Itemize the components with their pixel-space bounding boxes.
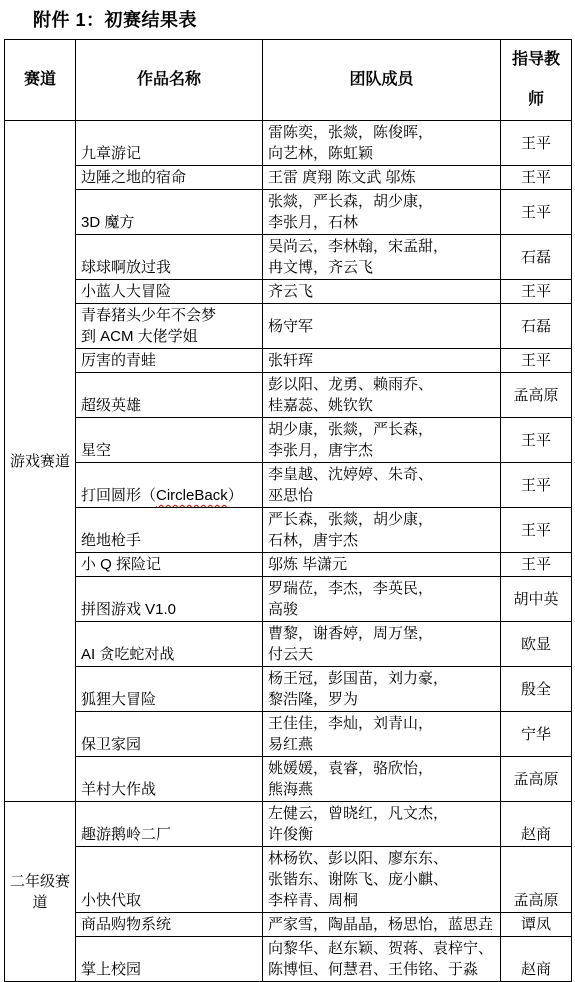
table-row: 边陲之地的宿命王雷 庹翔 陈文武 邬炼王平 — [5, 166, 572, 190]
teacher-cell: 赵商 — [501, 802, 572, 847]
team-members-cell: 曹黎，谢香婷，周万堡， 付云天 — [263, 622, 501, 667]
header-work-name: 作品名称 — [76, 40, 263, 121]
document-title: 附件 1：初赛结果表 — [33, 6, 575, 32]
work-name-cell: 小快代取 — [76, 847, 263, 913]
teacher-cell: 王平 — [501, 463, 572, 508]
table-row: 小 Q 探险记邬炼 毕潇元王平 — [5, 553, 572, 577]
teacher-cell: 石磊 — [501, 304, 572, 349]
team-members-cell: 张燚，严长森，胡少康， 李张月，石林 — [263, 190, 501, 235]
team-members-cell: 吴尚云，李林翰，宋孟甜， 冉文博，齐云飞 — [263, 235, 501, 280]
work-name-cell: 青春猪头少年不会梦 到 ACM 大佬学姐 — [76, 304, 263, 349]
team-members-cell: 杨王冠，彭国苗，刘力豪， 黎浩隆，罗为 — [263, 667, 501, 712]
table-row: 青春猪头少年不会梦 到 ACM 大佬学姐杨守军石磊 — [5, 304, 572, 349]
team-members-cell: 向黎华、赵东颖、贺蒋、袁梓宁、 陈博恒、何慧君、王伟铭、于淼 — [263, 937, 501, 982]
work-name-cell: 小蓝人大冒险 — [76, 280, 263, 304]
work-name-cell: 掌上校园 — [76, 937, 263, 982]
teacher-cell: 胡中英 — [501, 577, 572, 622]
table-row: 打回圆形（CircleBack）李皇越、沈婷婷、朱奇、 巫思怡王平 — [5, 463, 572, 508]
table-row: 二年级赛道趣游鹅岭二厂左健云，曾晓红，凡文杰， 许俊衡赵商 — [5, 802, 572, 847]
work-name-cell: 商品购物系统 — [76, 913, 263, 937]
team-members-cell: 王佳佳，李灿，刘青山， 易红燕 — [263, 712, 501, 757]
team-members-cell: 林杨钦、彭以阳、廖东东、 张锴东、谢陈飞、庞小麒、 李梓青、周桐 — [263, 847, 501, 913]
work-name-cell: 边陲之地的宿命 — [76, 166, 263, 190]
work-name-cell: 羊村大作战 — [76, 757, 263, 802]
table-row: 羊村大作战姚媛媛，袁睿，骆欣怡， 熊海燕孟高原 — [5, 757, 572, 802]
teacher-cell: 孟高原 — [501, 847, 572, 913]
work-name-cell: 球球啊放过我 — [76, 235, 263, 280]
spellcheck-underline: CircleBack — [156, 487, 228, 504]
header-team-members: 团队成员 — [263, 40, 501, 121]
teacher-cell: 宁华 — [501, 712, 572, 757]
teacher-cell: 王平 — [501, 280, 572, 304]
table-row: 星空胡少康，张燚，严长森， 李张月，唐宇杰王平 — [5, 418, 572, 463]
team-members-cell: 严家雪，陶晶晶，杨思怡，蓝思垚 — [263, 913, 501, 937]
team-members-cell: 左健云，曾晓红，凡文杰， 许俊衡 — [263, 802, 501, 847]
header-row: 赛道 作品名称 团队成员 指导教师 — [5, 40, 572, 121]
work-name-cell: 超级英雄 — [76, 373, 263, 418]
teacher-cell: 赵商 — [501, 937, 572, 982]
work-name-cell: AI 贪吃蛇对战 — [76, 622, 263, 667]
teacher-cell: 王平 — [501, 553, 572, 577]
table-row: AI 贪吃蛇对战曹黎，谢香婷，周万堡， 付云天欧显 — [5, 622, 572, 667]
team-members-cell: 胡少康，张燚，严长森， 李张月，唐宇杰 — [263, 418, 501, 463]
work-name-cell: 小 Q 探险记 — [76, 553, 263, 577]
table-row: 掌上校园向黎华、赵东颖、贺蒋、袁梓宁、 陈博恒、何慧君、王伟铭、于淼赵商 — [5, 937, 572, 982]
header-track: 赛道 — [5, 40, 76, 121]
table-row: 保卫家园王佳佳，李灿，刘青山， 易红燕宁华 — [5, 712, 572, 757]
table-row: 狐狸大冒险杨王冠，彭国苗，刘力豪， 黎浩隆，罗为殷全 — [5, 667, 572, 712]
work-name-cell: 厉害的青蛙 — [76, 349, 263, 373]
work-name-cell: 3D 魔方 — [76, 190, 263, 235]
team-members-cell: 严长森，张燚，胡少康， 石林，唐宇杰 — [263, 508, 501, 553]
table-row: 超级英雄彭以阳、龙勇、赖雨乔、 桂嘉蕊、姚钦钦孟高原 — [5, 373, 572, 418]
teacher-cell: 孟高原 — [501, 757, 572, 802]
teacher-cell: 谭凤 — [501, 913, 572, 937]
team-members-cell: 王雷 庹翔 陈文武 邬炼 — [263, 166, 501, 190]
team-members-cell: 彭以阳、龙勇、赖雨乔、 桂嘉蕊、姚钦钦 — [263, 373, 501, 418]
teacher-cell: 殷全 — [501, 667, 572, 712]
table-row: 小快代取林杨钦、彭以阳、廖东东、 张锴东、谢陈飞、庞小麒、 李梓青、周桐孟高原 — [5, 847, 572, 913]
teacher-cell: 王平 — [501, 418, 572, 463]
team-members-cell: 姚媛媛，袁睿，骆欣怡， 熊海燕 — [263, 757, 501, 802]
work-name-cell: 九章游记 — [76, 121, 263, 166]
table-row: 球球啊放过我吴尚云，李林翰，宋孟甜， 冉文博，齐云飞石磊 — [5, 235, 572, 280]
teacher-cell: 王平 — [501, 121, 572, 166]
teacher-cell: 王平 — [501, 166, 572, 190]
teacher-cell: 王平 — [501, 508, 572, 553]
work-name-cell: 星空 — [76, 418, 263, 463]
document-page: 附件 1：初赛结果表 赛道 作品名称 团队成员 指导教师 游戏赛道九章游记雷陈奕… — [0, 6, 575, 982]
team-members-cell: 齐云飞 — [263, 280, 501, 304]
work-name-cell: 狐狸大冒险 — [76, 667, 263, 712]
team-members-cell: 张轩珲 — [263, 349, 501, 373]
teacher-cell: 欧显 — [501, 622, 572, 667]
track-cell: 游戏赛道 — [5, 121, 76, 802]
results-table-body: 游戏赛道九章游记雷陈奕，张燚，陈俊晖， 向艺林，陈虹颖王平边陲之地的宿命王雷 庹… — [5, 121, 572, 982]
team-members-cell: 杨守军 — [263, 304, 501, 349]
work-name-cell: 保卫家园 — [76, 712, 263, 757]
table-row: 拼图游戏 V1.0罗瑞莅，李杰，李英民， 高骏胡中英 — [5, 577, 572, 622]
team-members-cell: 雷陈奕，张燚，陈俊晖， 向艺林，陈虹颖 — [263, 121, 501, 166]
table-row: 绝地枪手严长森，张燚，胡少康， 石林，唐宇杰王平 — [5, 508, 572, 553]
table-row: 3D 魔方张燚，严长森，胡少康， 李张月，石林王平 — [5, 190, 572, 235]
teacher-cell: 王平 — [501, 190, 572, 235]
table-row: 游戏赛道九章游记雷陈奕，张燚，陈俊晖， 向艺林，陈虹颖王平 — [5, 121, 572, 166]
team-members-cell: 邬炼 毕潇元 — [263, 553, 501, 577]
work-name-cell: 打回圆形（CircleBack） — [76, 463, 263, 508]
work-name-cell: 趣游鹅岭二厂 — [76, 802, 263, 847]
table-row: 商品购物系统严家雪，陶晶晶，杨思怡，蓝思垚谭凤 — [5, 913, 572, 937]
teacher-cell: 石磊 — [501, 235, 572, 280]
table-row: 厉害的青蛙张轩珲王平 — [5, 349, 572, 373]
teacher-cell: 孟高原 — [501, 373, 572, 418]
team-members-cell: 李皇越、沈婷婷、朱奇、 巫思怡 — [263, 463, 501, 508]
work-name-cell: 绝地枪手 — [76, 508, 263, 553]
team-members-cell: 罗瑞莅，李杰，李英民， 高骏 — [263, 577, 501, 622]
track-cell: 二年级赛道 — [5, 802, 76, 982]
work-name-cell: 拼图游戏 V1.0 — [76, 577, 263, 622]
teacher-cell: 王平 — [501, 349, 572, 373]
results-table: 赛道 作品名称 团队成员 指导教师 游戏赛道九章游记雷陈奕，张燚，陈俊晖， 向艺… — [4, 39, 572, 982]
results-table-header: 赛道 作品名称 团队成员 指导教师 — [5, 40, 572, 121]
header-teacher: 指导教师 — [501, 40, 572, 121]
table-row: 小蓝人大冒险齐云飞王平 — [5, 280, 572, 304]
